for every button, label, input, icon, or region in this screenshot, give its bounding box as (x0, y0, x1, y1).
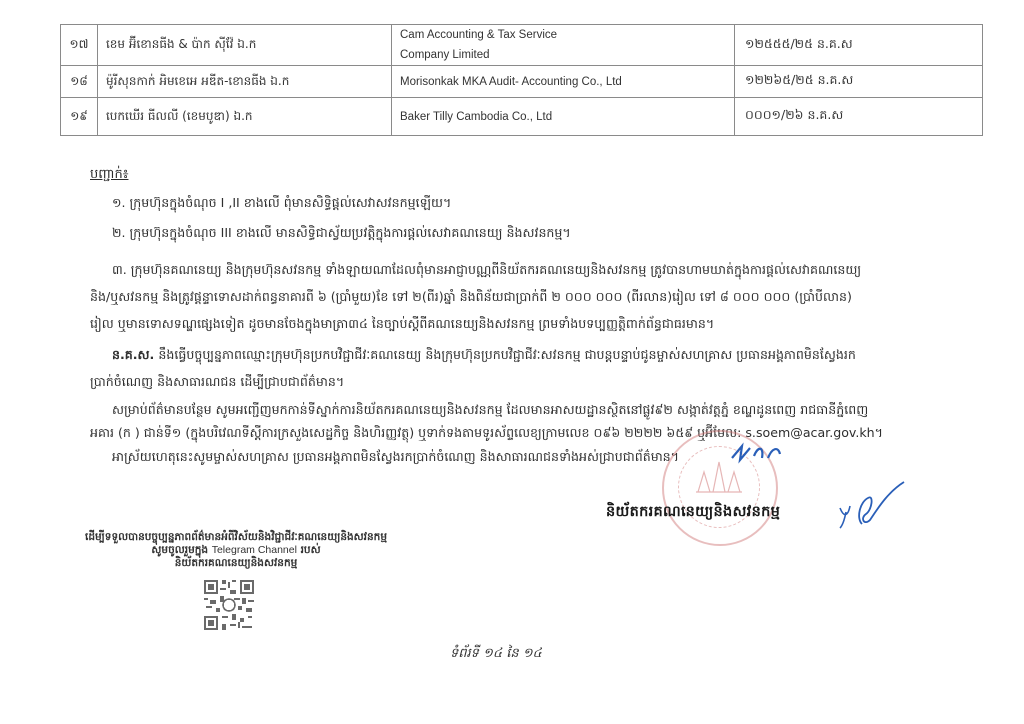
firm-name-kh: ម៉ូរីសុនកាក់ អិមខេអេ អឌីត-ខោនធីង ឯ.ក (98, 66, 392, 98)
update-paragraph-line: ន.គ.ស. នឹងធ្វើបច្ចុប្បន្នភាពឈ្មោះក្រុមហ៊… (112, 347, 856, 366)
table-row: ១៧ ខេម អ៊ីខោនធីង & ប៉ាក សុីវ៉ែ ឯ.ក Cam A… (61, 25, 983, 66)
acar-abbreviation: ន.គ.ស. (112, 347, 154, 362)
firm-name-kh: បេកឃើរ ធីលលី (ខេមបូឌា) ឯ.ក (98, 98, 392, 136)
firm-name-en: Baker Tilly Cambodia Co., Ltd (392, 98, 735, 136)
regulator-name-signature-line: និយ័តករគណនេយ្យនិងសវនកម្ម (606, 503, 780, 524)
telegram-text: របស់ (297, 544, 321, 556)
firm-name-en-line: Cam Accounting & Tax Service (400, 25, 726, 45)
telegram-channel-notice: ដើម្បីទទួលបានបច្ចុប្បន្នភាពព័ត៌មានអំពីវិ… (78, 531, 394, 570)
firm-name-en: Morisonkak MKA Audit- Accounting Co., Lt… (392, 66, 735, 98)
firm-name-en: Cam Accounting & Tax Service Company Lim… (392, 25, 735, 66)
telegram-text: សូមចូលរួមក្នុង (151, 544, 211, 556)
update-paragraph-line: ប្រាក់ចំណេញ និងសាធារណជន ដើម្បីជ្រាបជាព័ត… (90, 374, 344, 393)
row-number: ១៩ (61, 98, 98, 136)
initials-signature-icon (728, 440, 784, 464)
contact-paragraph-line: សម្រាប់ព័ត៌មានបន្ថែម សូមអញ្ជើញមកកាន់ទីស្… (112, 402, 868, 421)
note-item-2: ២. ក្រុមហ៊ុនក្នុងចំណុច III ខាងលើ មានសិទ្… (112, 225, 571, 244)
telegram-line: និយ័តករគណនេយ្យនិងសវនកម្ម (78, 557, 394, 570)
table-row: ១៩ បេកឃើរ ធីលលី (ខេមបូឌា) ឯ.ក Baker Till… (61, 98, 983, 136)
qr-code-icon[interactable] (202, 578, 256, 632)
license-number: ១២២៦៥/២៥ ន.គ.ស (735, 66, 983, 98)
telegram-line: ដើម្បីទទួលបានបច្ចុប្បន្នភាពព័ត៌មានអំពីវិ… (78, 531, 394, 544)
firm-name-en-line: Company Limited (400, 45, 726, 65)
row-number: ១៧ (61, 25, 98, 66)
license-number: ១២៥៥៥/២៥ ន.គ.ស (735, 25, 983, 66)
handwritten-signature-icon (838, 478, 908, 530)
row-number: ១៨ (61, 66, 98, 98)
licensed-firms-table: ១៧ ខេម អ៊ីខោនធីង & ប៉ាក សុីវ៉ែ ឯ.ក Cam A… (60, 24, 983, 136)
firm-name-kh: ខេម អ៊ីខោនធីង & ប៉ាក សុីវ៉ែ ឯ.ក (98, 25, 392, 66)
document-page: ១៧ ខេម អ៊ីខោនធីង & ប៉ាក សុីវ៉ែ ឯ.ក Cam A… (0, 0, 1024, 724)
license-number: ០០០១/២៦ ន.គ.ស (735, 98, 983, 136)
closing-paragraph: អាស្រ័យហេតុនេះសូមម្ចាស់សហគ្រាស ប្រធានអង្… (112, 449, 679, 468)
telegram-line: សូមចូលរួមក្នុង Telegram Channel របស់ (78, 544, 394, 557)
page-number: ទំព័រទី ១៤ នៃ ១៤ (450, 645, 542, 664)
notes-heading: បញ្ជាក់៖ (90, 166, 128, 185)
telegram-channel-link[interactable]: Telegram Channel (212, 544, 297, 556)
update-text: នឹងធ្វើបច្ចុប្បន្នភាពឈ្មោះក្រុមហ៊ុនប្រកប… (154, 347, 856, 362)
note-item-3-line: និង/ឬសវនកម្ម និងត្រូវផ្តន្ទាទោសដាក់ពន្ធន… (90, 289, 852, 308)
note-item-3-line: រៀល ឬមានទោសទណ្ឌផ្សេងទៀត ដូចមានចែងក្នុងមា… (90, 316, 714, 335)
table-row: ១៨ ម៉ូរីសុនកាក់ អិមខេអេ អឌីត-ខោនធីង ឯ.ក … (61, 66, 983, 98)
note-item-1: ១. ក្រុមហ៊ុនក្នុងចំណុច I ,II ខាងលើ ពុំមា… (112, 195, 451, 214)
note-item-3-line: ៣. ក្រុមហ៊ុនគណនេយ្យ និងក្រុមហ៊ុនសវនកម្ម … (112, 262, 861, 281)
